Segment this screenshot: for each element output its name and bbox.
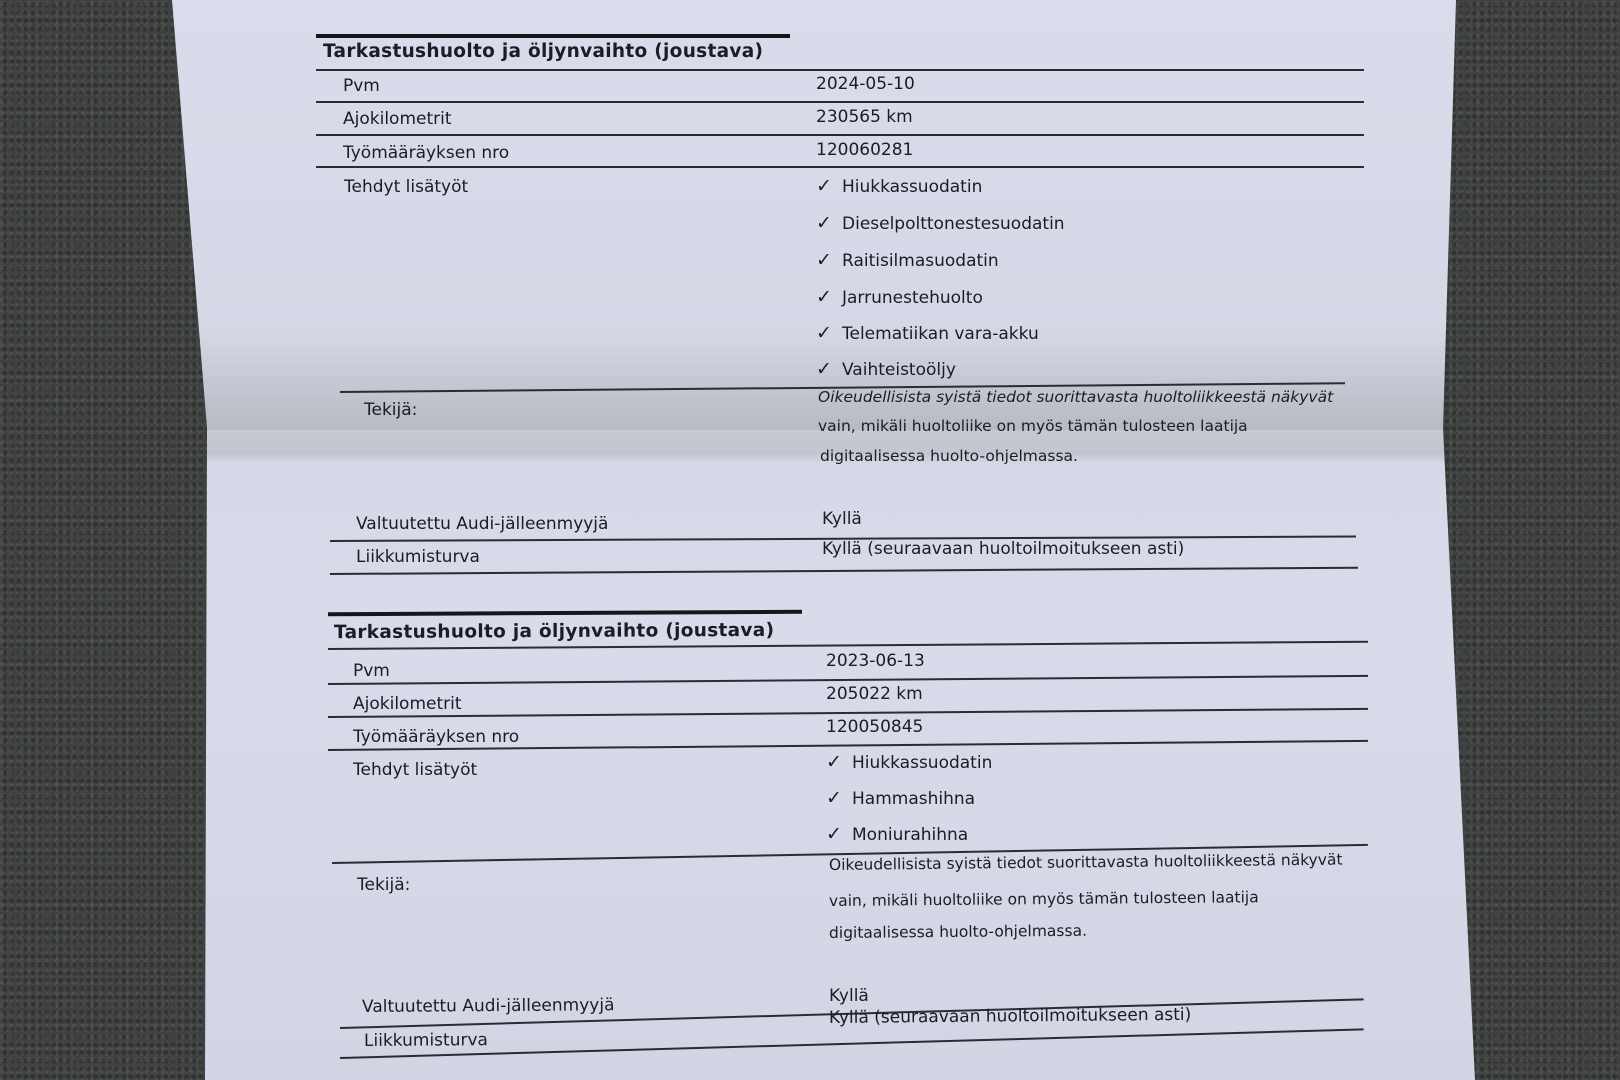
extra-work-item: ✓Vaihteistoöljy bbox=[816, 358, 956, 380]
mileage-label: Ajokilometrit bbox=[353, 694, 462, 714]
extra-work-item: ✓Hiukkassuodatin bbox=[826, 751, 992, 773]
performer-note-line: vain, mikäli huoltoliike on myös tämän t… bbox=[818, 417, 1248, 435]
row-divider bbox=[316, 134, 1364, 136]
extra-work-item: ✓Hammashihna bbox=[826, 787, 975, 809]
dealer-value: Kyllä bbox=[829, 986, 869, 1006]
paper-fold-shadow bbox=[0, 340, 1620, 430]
performer-note-line: digitaalisessa huolto-ohjelmassa. bbox=[829, 922, 1087, 942]
dealer-value: Kyllä bbox=[822, 509, 862, 529]
performer-label: Tekijä: bbox=[364, 400, 417, 420]
row-divider bbox=[316, 166, 1364, 168]
checkmark-icon: ✓ bbox=[816, 286, 842, 308]
work-order-value: 120060281 bbox=[816, 140, 913, 160]
extra-work-item: ✓Moniurahihna bbox=[826, 823, 968, 845]
record-title: Tarkastushuolto ja öljynvaihto (joustava… bbox=[334, 620, 774, 643]
row-divider bbox=[316, 101, 1364, 103]
extra-work-item: ✓Raitisilmasuodatin bbox=[816, 249, 999, 271]
checkmark-icon: ✓ bbox=[816, 358, 842, 380]
mobility-value: Kyllä (seuraavaan huoltoilmoitukseen ast… bbox=[829, 1005, 1191, 1028]
performer-note-line: vain, mikäli huoltoliike on myös tämän t… bbox=[829, 888, 1259, 910]
checkmark-icon: ✓ bbox=[826, 751, 852, 773]
extra-work-item: ✓Telematiikan vara-akku bbox=[816, 322, 1039, 344]
checkmark-icon: ✓ bbox=[826, 787, 852, 809]
extra-work-item: ✓Dieselpolttonestesuodatin bbox=[816, 212, 1065, 234]
date-label: Pvm bbox=[343, 76, 380, 96]
record-title: Tarkastushuolto ja öljynvaihto (joustava… bbox=[323, 41, 763, 62]
checkmark-icon: ✓ bbox=[816, 322, 842, 344]
extra-work-item: ✓Jarrunestehuolto bbox=[816, 286, 983, 308]
performer-label: Tekijä: bbox=[357, 875, 410, 895]
work-order-label: Työmääräyksen nro bbox=[353, 727, 519, 747]
dealer-label: Valtuutettu Audi-jälleenmyyjä bbox=[356, 514, 608, 534]
performer-note-line: digitaalisessa huolto-ohjelmassa. bbox=[820, 447, 1078, 465]
performer-note-line: Oikeudellisista syistä tiedot suorittava… bbox=[818, 388, 1333, 406]
mileage-label: Ajokilometrit bbox=[343, 109, 452, 129]
mileage-value: 230565 km bbox=[816, 107, 913, 127]
checkmark-icon: ✓ bbox=[816, 249, 842, 271]
work-order-label: Työmääräyksen nro bbox=[343, 143, 509, 163]
checkmark-icon: ✓ bbox=[816, 212, 842, 234]
mobility-label: Liikkumisturva bbox=[356, 547, 480, 567]
date-value: 2023-06-13 bbox=[826, 651, 925, 671]
service-record-paper bbox=[0, 0, 1620, 1080]
mileage-value: 205022 km bbox=[826, 684, 923, 704]
mobility-value: Kyllä (seuraavaan huoltoilmoitukseen ast… bbox=[822, 539, 1184, 559]
checkmark-icon: ✓ bbox=[816, 175, 842, 197]
dealer-label: Valtuutettu Audi-jälleenmyyjä bbox=[362, 995, 615, 1017]
extra-work-label: Tehdyt lisätyöt bbox=[353, 760, 477, 780]
checkmark-icon: ✓ bbox=[826, 823, 852, 845]
section-heavy-rule bbox=[316, 34, 790, 38]
work-order-value: 120050845 bbox=[826, 717, 923, 737]
mobility-label: Liikkumisturva bbox=[364, 1030, 488, 1051]
date-value: 2024-05-10 bbox=[816, 74, 915, 94]
extra-work-label: Tehdyt lisätyöt bbox=[344, 177, 468, 197]
row-divider bbox=[316, 69, 1364, 71]
extra-work-item: ✓Hiukkassuodatin bbox=[816, 175, 982, 197]
date-label: Pvm bbox=[353, 661, 390, 681]
